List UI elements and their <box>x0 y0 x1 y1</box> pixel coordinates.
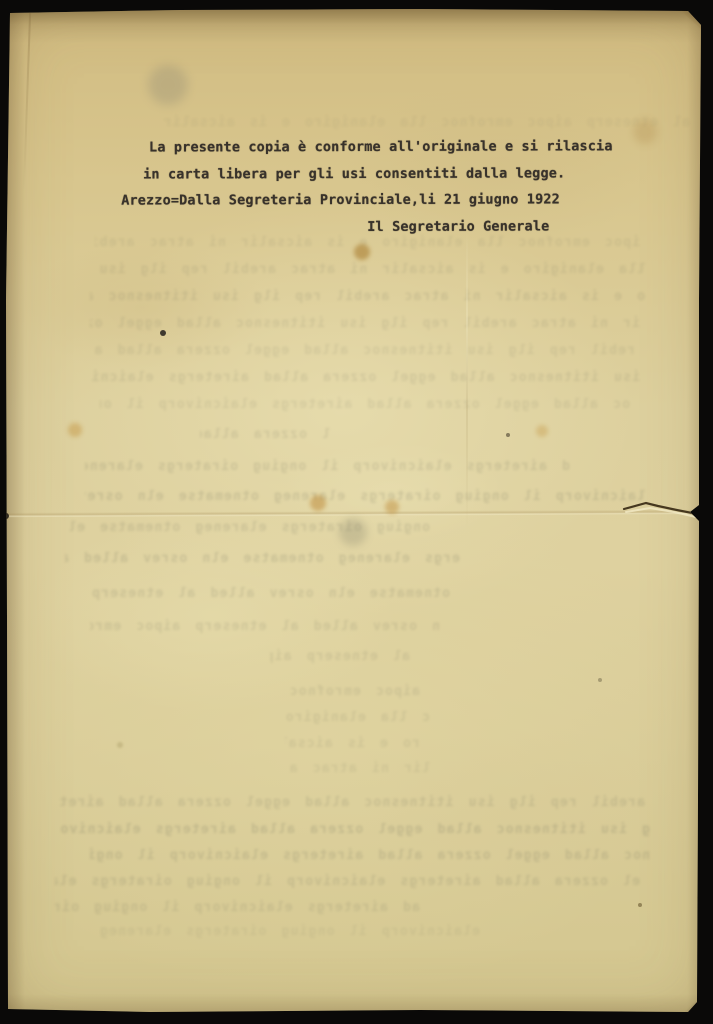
typed-line-signature-title: Il Segretario Generale <box>367 218 549 235</box>
scan-backdrop: al etneserp aipoc emrofnoc lla elanigiro… <box>0 0 713 1024</box>
typed-line-place-date: Arezzo=Dalla Segreteria Provinciale,li 2… <box>121 191 560 209</box>
tear-mark-right-edge <box>620 494 706 524</box>
typed-line-certification-2: in carta libera per gli usi consentiti d… <box>143 165 565 183</box>
corner-wear-bottom-right <box>685 1000 701 1014</box>
typed-line-certification-1: La presente copia è conforme all'origina… <box>149 138 613 156</box>
document-page: al etneserp aipoc emrofnoc lla elanigiro… <box>0 0 713 1024</box>
crease-center-vertical <box>466 230 468 530</box>
